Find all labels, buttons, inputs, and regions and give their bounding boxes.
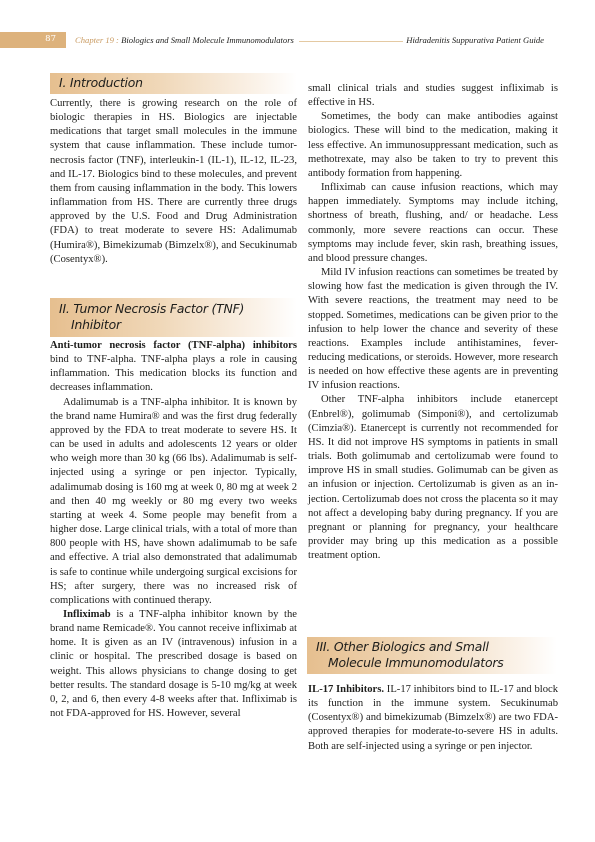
heading-text-line2: Inhibitor [59,317,297,333]
running-header: 87 Chapter 19 : Biologics and Small Mole… [0,32,595,48]
paragraph-infusion-reactions: Infliximab can cause infusion reactions,… [308,181,558,266]
section-heading-tnf-inhibitor: II. Tumor Necrosis Factor (TNF) Inhibito… [50,298,297,337]
guide-title: Hidradenitis Suppurativa Patient Guide [406,35,544,45]
section-heading-introduction: I. Introduction [50,73,297,94]
paragraph-infliximab: Infliximab is a TNF-alpha inhibitor know… [50,608,297,721]
page-number: 87 [45,34,56,44]
chapter-title: Chapter 19 : Biologics and Small Molecul… [75,35,294,45]
term-infliximab: Infliximab [63,609,111,620]
heading-text-line1: III. Other Biologics and Small [316,639,557,655]
paragraph-adalimumab: Adalimumab is a TNF-alpha inhibitor. It … [50,396,297,608]
chapter-prefix: Chapter 19 : [75,35,119,45]
section-heading-other-biologics: III. Other Biologics and Small Molecule … [307,637,557,674]
header-divider [299,41,403,42]
term-il17: IL-17 Inhibitors. [308,684,384,695]
paragraph-antibodies: Sometimes, the body can make antibodies … [308,110,558,181]
introduction-body: Currently, there is growing research on … [50,97,297,267]
page-number-tab: 87 [0,32,66,48]
chapter-name: Biologics and Small Molecule Immunomodul… [119,35,294,45]
paragraph-mild-reactions: Mild IV infusion reactions can sometimes… [308,266,558,393]
il17-body: IL-17 Inhibitors. IL-17 inhibitors bind … [308,683,558,754]
paragraph-anti-tnf: Anti-tumor necrosis factor (TNF-alpha) i… [50,339,297,396]
heading-text-line2: Molecule Immunomodulators [316,655,557,671]
tnf-body-right: small clinical trials and studies sugges… [308,82,558,563]
term-anti-tnf: Anti-tumor necrosis factor (TNF-alpha) i… [50,340,297,351]
paragraph: Currently, there is growing research on … [50,97,297,267]
paragraph-other-tnf: Other TNF-alpha inhibitors include etane… [308,393,558,563]
paragraph-infliximab-continued: small clinical trials and studies sugges… [308,82,558,110]
tnf-body-left: Anti-tumor necrosis factor (TNF-alpha) i… [50,339,297,767]
heading-text: I. Introduction [59,75,297,91]
paragraph-il17: IL-17 Inhibitors. IL-17 inhibitors bind … [308,683,558,754]
heading-text-line1: II. Tumor Necrosis Factor (TNF) [59,301,297,317]
